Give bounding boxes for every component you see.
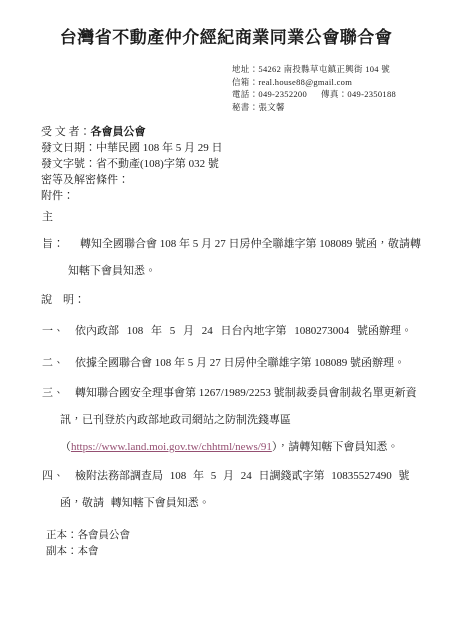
subject-paragraph: 主 旨：轉知全國聯合會 108 年 5 月 27 日房仲全聯雄字第 108089… xyxy=(0,204,422,285)
contact-block: 地址：54262 南投縣草屯鎮正興街 104 號 信箱：real.house88… xyxy=(232,63,452,113)
letter-meta-fields: 受 文 者：各會員公會 發文日期：中華民國 108 年 5 月 29 日 發文字… xyxy=(41,124,422,204)
duplicate-copy-line: 副本：本會 xyxy=(46,544,130,560)
subject-label: 主 旨： xyxy=(42,204,80,258)
doc-number-field: 發文字號：省不動產(108)字第 032 號 xyxy=(41,156,422,172)
distribution-block: 正本：各會員公會 副本：本會 xyxy=(46,528,130,559)
original-copy-line: 正本：各會員公會 xyxy=(46,528,130,544)
list-item: 二、依據全國聯合會 108 年 5 月 27 日房仲全聯雄字第 108089 號… xyxy=(0,350,422,377)
security-field: 密等及解密條件： xyxy=(41,172,422,188)
list-item: 四、檢附法務部調查局 108 年 5 月 24 日調錢貳字第 108355274… xyxy=(0,463,422,517)
recipient-label: 受 文 者： xyxy=(41,126,91,138)
org-title: 台灣省不動產仲介經紀商業同業公會聯合會 xyxy=(0,0,452,50)
contact-phone-fax: 電話：049-2352200傳真：049-2350188 xyxy=(232,88,452,101)
explanation-label: 說 明： xyxy=(41,287,422,314)
item-text: 依內政部 108 年 5 月 24 日台內地字第 1080273004 號函辦理… xyxy=(75,325,412,337)
contact-address: 地址：54262 南投縣草屯鎮正興街 104 號 xyxy=(232,63,452,76)
item-number: 四、 xyxy=(42,463,75,490)
item-text: 檢附法務部調查局 108 年 5 月 24 日調錢貳字第 10835527490… xyxy=(60,470,410,509)
item-number: 三、 xyxy=(42,380,75,407)
subject-text: 轉知全國聯合會 108 年 5 月 27 日房仲全聯雄字第 108089 號函，… xyxy=(68,238,421,277)
land-url-link[interactable]: https://www.land.moi.gov.tw/chhtml/news/… xyxy=(71,441,272,453)
item-number: 二、 xyxy=(42,350,75,377)
item-text: 依據全國聯合會 108 年 5 月 27 日房仲全聯雄字第 108089 號函辦… xyxy=(75,357,405,369)
item-number: 一、 xyxy=(42,318,75,345)
contact-fax: 傳真：049-2350188 xyxy=(321,89,396,99)
attachment-field: 附件： xyxy=(41,188,422,204)
list-item: 一、依內政部 108 年 5 月 24 日台內地字第 1080273004 號函… xyxy=(0,318,422,345)
issue-date-field: 發文日期：中華民國 108 年 5 月 29 日 xyxy=(41,140,422,156)
contact-email: 信箱：real.house88@gmail.com xyxy=(232,76,452,89)
recipient-field: 受 文 者：各會員公會 xyxy=(41,124,422,140)
official-letter-page: 台灣省不動產仲介經紀商業同業公會聯合會 地址：54262 南投縣草屯鎮正興街 1… xyxy=(0,0,452,640)
contact-secretary: 秘書：張文馨 xyxy=(232,101,452,114)
list-item: 三、轉知聯合國安全理事會第 1267/1989/2253 號制裁委員會制裁名單更… xyxy=(0,380,422,461)
recipient-value: 各會員公會 xyxy=(91,126,146,138)
item-text-after-link: ），請轉知轄下會員知悉。 xyxy=(272,441,399,453)
contact-phone: 電話：049-2352200 xyxy=(232,89,307,99)
